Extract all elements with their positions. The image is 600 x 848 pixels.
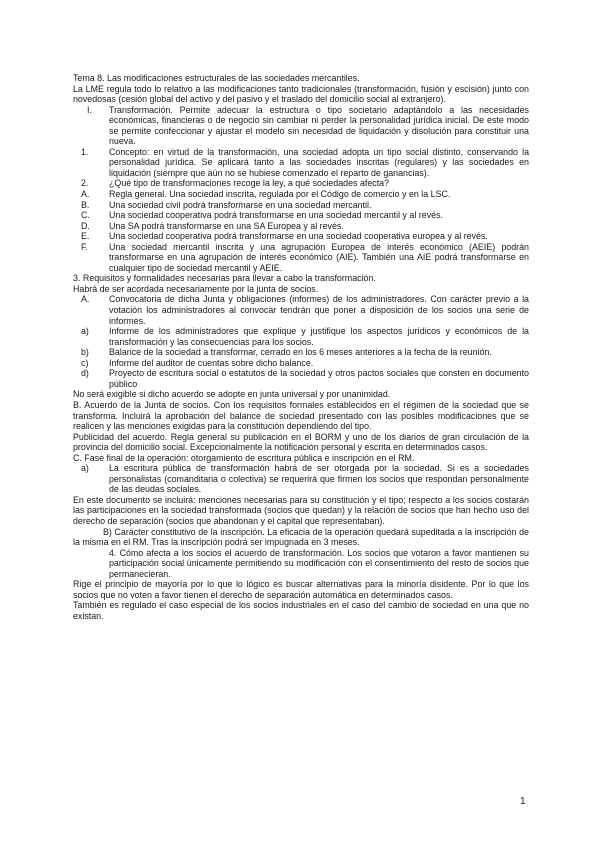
letter-label: D. [73, 221, 109, 232]
item-text: Informe de los administradores que expli… [109, 326, 529, 347]
roman-label: I. [73, 105, 109, 147]
item-concepto: 1. Concepto: en virtud de la transformac… [73, 147, 529, 179]
document-title: Tema 8. Las modificaciones estructurales… [73, 73, 529, 84]
list-item: A. Regla general. Una sociedad inscrita,… [73, 189, 529, 200]
letter-label: a) [73, 463, 109, 495]
item-text: Convocatoria de dicha Junta y obligacion… [109, 294, 529, 326]
list-item: B. Una sociedad civil podrá transformars… [73, 200, 529, 211]
letter-label: c) [73, 358, 109, 369]
letter-label: A. [73, 189, 109, 200]
item-text: Una sociedad cooperativa podrá transform… [109, 231, 529, 242]
letter-label: B. [73, 200, 109, 211]
item-text: Una sociedad civil podrá transformarse e… [109, 200, 529, 211]
item-text: Una sociedad cooperativa podrá transform… [109, 210, 529, 221]
item-tipos: 2. ¿Qué tipo de transformaciones recoge … [73, 178, 529, 189]
letter-label: d) [73, 368, 109, 389]
item-text: Proyecto de escritura social o estatutos… [109, 368, 529, 389]
list-item: b) Balance de la sociedad a transformar,… [73, 347, 529, 358]
letter-label: F. [73, 242, 109, 274]
requisitos-intro: Habrá de ser acordada necesariamente por… [73, 284, 529, 295]
list-item: F. Una sociedad mercantil inscrita y una… [73, 242, 529, 274]
section-transformacion: I. Transformación. Permite adecuar la es… [73, 105, 529, 147]
number-label: 1. [73, 147, 109, 179]
item-text: Concepto: en virtud de la transformación… [109, 147, 529, 179]
item-text: ¿Qué tipo de transformaciones recoge la … [109, 178, 529, 189]
list-item: C. Una sociedad cooperativa podrá transf… [73, 210, 529, 221]
item-socios-paragraph: 4. Cómo afecta a los socios el acuerdo d… [73, 548, 529, 580]
item-text: Una SA podrá transformarse en una SA Eur… [109, 221, 529, 232]
letter-label: A. [73, 294, 109, 326]
escritura-item: a) La escritura pública de transformació… [73, 463, 529, 495]
list-item: c) Informe del auditor de cuentas sobre … [73, 358, 529, 369]
fase-final-paragraph: C. Fase final de la operación: otorgamie… [73, 453, 529, 464]
industriales-paragraph: También es regulado el caso especial de … [73, 600, 529, 621]
list-item: d) Proyecto de escritura social o estatu… [73, 368, 529, 389]
item-text: Una sociedad mercantil inscrita y una ag… [109, 242, 529, 274]
letter-label: b) [73, 347, 109, 358]
no-exigible-paragraph: No será exigible si dicho acuerdo se ado… [73, 389, 529, 400]
number-label: 2. [73, 178, 109, 189]
item-text: Regla general. Una sociedad inscrita, re… [109, 189, 529, 200]
convocatoria-item: A. Convocatoria de dicha Junta y obligac… [73, 294, 529, 326]
caracter-paragraph: B) Carácter constitutivo de la inscripci… [73, 527, 529, 548]
section-text: Transformación. Permite adecuar la estru… [109, 105, 529, 147]
list-item: a) Informe de los administradores que ex… [73, 326, 529, 347]
letter-label: C. [73, 210, 109, 221]
page-number: 1 [520, 796, 526, 807]
mayoria-paragraph: Rige el principio de mayoría por lo que … [73, 579, 529, 600]
item-text: Balance de la sociedad a transformar, ce… [109, 347, 529, 358]
intro-paragraph: La LME regula todo lo relativo a las mod… [73, 84, 529, 105]
document-page: Tema 8. Las modificaciones estructurales… [73, 73, 529, 621]
acuerdo-paragraph: B. Acuerdo de la Junta de socios. Con lo… [73, 400, 529, 432]
letter-label: E. [73, 231, 109, 242]
list-item: E. Una sociedad cooperativa podrá transf… [73, 231, 529, 242]
item-text: La escritura pública de transformación h… [109, 463, 529, 495]
list-item: D. Una SA podrá transformarse en una SA … [73, 221, 529, 232]
section-heading-requisitos: 3. Requisitos y formalidades necesarias … [73, 273, 529, 284]
letter-label: a) [73, 326, 109, 347]
publicidad-paragraph: Publicidad del acuerdo. Regla general su… [73, 432, 529, 453]
item-text: Informe del auditor de cuentas sobre dic… [109, 358, 529, 369]
documento-paragraph: En este documento se incluirá: menciones… [73, 495, 529, 527]
